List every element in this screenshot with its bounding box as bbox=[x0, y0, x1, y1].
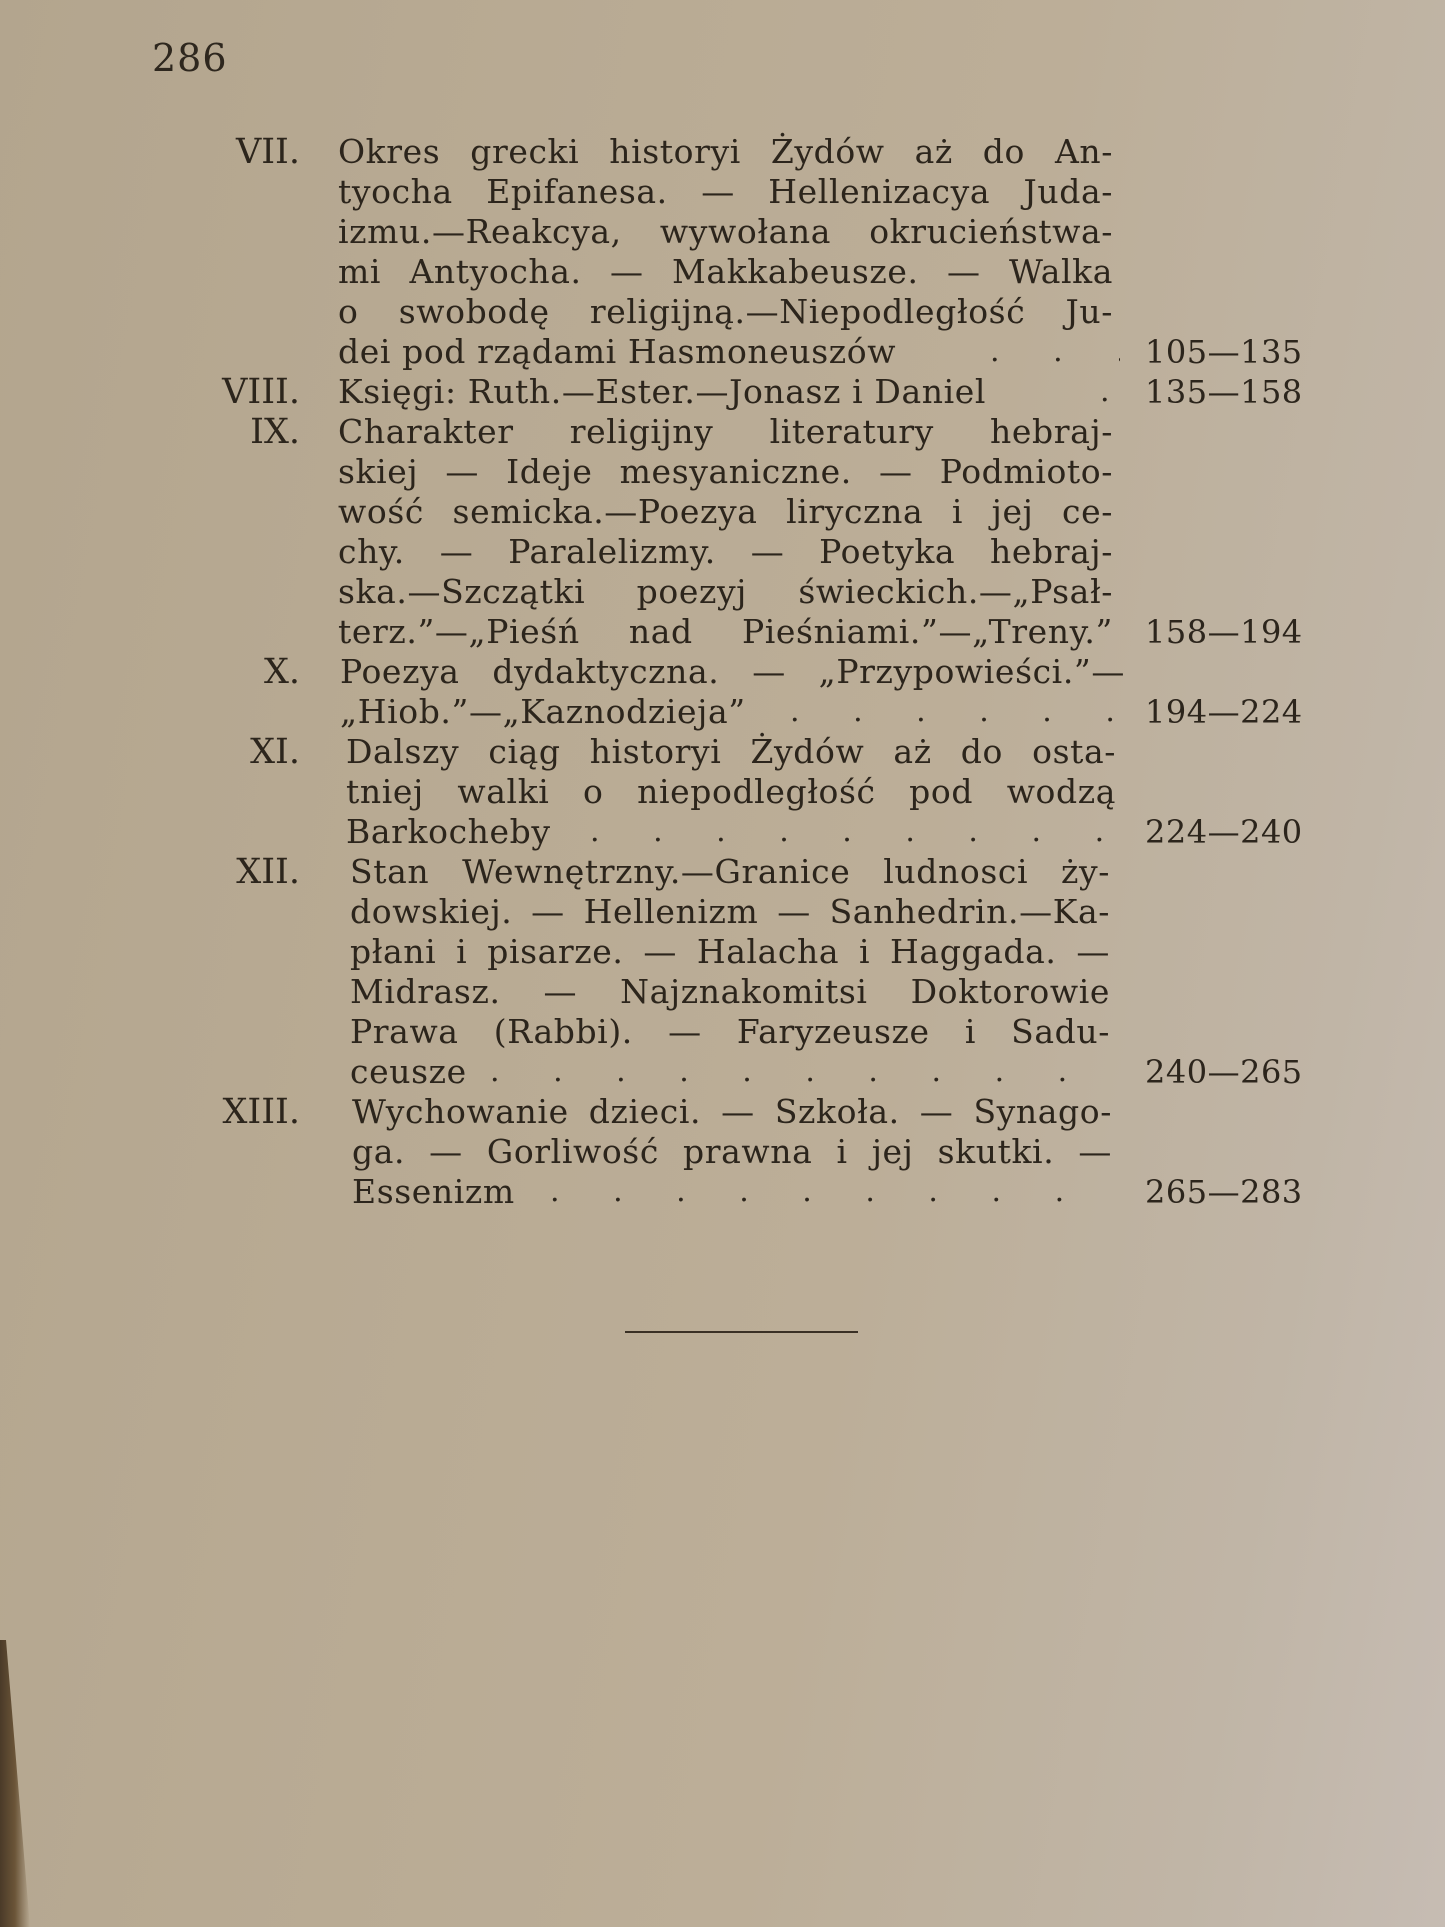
entry-line: ga. — Gorliwość prawna i jej skutki. — bbox=[352, 1132, 1112, 1172]
entry-line: mi Antyocha. — Makkabeusze. — Walka bbox=[338, 252, 1113, 292]
entry-line: dowskiej. — Hellenizm — Sanhedrin.—Ka- bbox=[350, 892, 1110, 932]
entry-line: tniej walki o niepodległość pod wodzą bbox=[346, 772, 1116, 812]
entry-line: chy. — Paralelizmy. — Poetyka hebraj- bbox=[338, 532, 1113, 572]
chapter-numeral: VIII. bbox=[0, 372, 300, 412]
dot-leader: . . . . . . . . . . . . . . . bbox=[490, 1052, 1115, 1092]
page-range: 158—194 bbox=[1145, 612, 1305, 652]
chapter-numeral: IX. bbox=[0, 412, 300, 452]
entry-line: ska.—Szczątki poezyj świeckich.—„Psał- bbox=[338, 572, 1113, 612]
dot-leader: . bbox=[1100, 372, 1130, 412]
book-spine-shadow bbox=[0, 1640, 30, 1927]
entry-line: Stan Wewnętrzny.—Granice ludnosci ży- bbox=[350, 852, 1110, 892]
dot-leader: . . . . . . . . . . . . bbox=[590, 812, 1120, 852]
entry-line: Dalszy ciąg historyi Żydów aż do osta- bbox=[346, 732, 1116, 772]
end-rule bbox=[625, 1331, 858, 1333]
entry-line: izmu.—Reakcya, wywołana okrucieństwa- bbox=[338, 212, 1113, 252]
chapter-numeral: XII. bbox=[0, 852, 300, 892]
entry-line: Okres grecki historyi Żydów aż do An- bbox=[338, 132, 1113, 172]
entry-line: wość semicka.—Poezya liryczna i jej ce- bbox=[338, 492, 1113, 532]
entry-line: Księgi: Ruth.—Ester.—Jonasz i Daniel bbox=[338, 372, 986, 412]
page-range: 105—135 bbox=[1145, 332, 1305, 372]
page-range: 224—240 bbox=[1145, 812, 1305, 852]
page-range: 135—158 bbox=[1145, 372, 1305, 412]
entry-line: dei pod rządami Hasmoneuszów bbox=[338, 332, 896, 372]
dot-leader: . . . . . . . . bbox=[790, 692, 1125, 732]
chapter-numeral: X. bbox=[0, 652, 300, 692]
entry-line: terz.”—„Pieśń nad Pieśniami.”—„Treny.” bbox=[338, 612, 1113, 652]
entry-line: Barkocheby bbox=[346, 812, 551, 852]
chapter-numeral: XI. bbox=[0, 732, 300, 772]
page-range: 194—224 bbox=[1145, 692, 1305, 732]
page-range: 240—265 bbox=[1145, 1052, 1305, 1092]
entry-line: tyocha Epifanesa. — Hellenizacya Juda- bbox=[338, 172, 1113, 212]
entry-line: ceusze bbox=[350, 1052, 467, 1092]
entry-line: płani i pisarze. — Halacha i Haggada. — bbox=[350, 932, 1110, 972]
entry-line: Poezya dydaktyczna. — „Przypowieści.”— bbox=[340, 652, 1125, 692]
entry-line: Essenizm bbox=[352, 1172, 515, 1212]
entry-line: o swobodę religijną.—Niepodległość Ju- bbox=[338, 292, 1113, 332]
page-range: 265—283 bbox=[1145, 1172, 1305, 1212]
entry-line: skiej — Ideje mesyaniczne. — Podmioto- bbox=[338, 452, 1113, 492]
dot-leader: . . . . . . . . . . . . . bbox=[550, 1172, 1115, 1212]
entry-line: „Hiob.”—„Kaznodzieja” bbox=[340, 692, 746, 732]
entry-line: Wychowanie dzieci. — Szkoła. — Synago- bbox=[352, 1092, 1112, 1132]
chapter-numeral: XIII. bbox=[0, 1092, 300, 1132]
chapter-numeral: VII. bbox=[0, 132, 300, 172]
dot-leader: . . . bbox=[990, 332, 1120, 372]
entry-line: Midrasz. — Najznakomitsi Doktorowie bbox=[350, 972, 1110, 1012]
entry-line: Prawa (Rabbi). — Faryzeusze i Sadu- bbox=[350, 1012, 1110, 1052]
page-number: 286 bbox=[152, 36, 228, 80]
entry-line: Charakter religijny literatury hebraj- bbox=[338, 412, 1113, 452]
